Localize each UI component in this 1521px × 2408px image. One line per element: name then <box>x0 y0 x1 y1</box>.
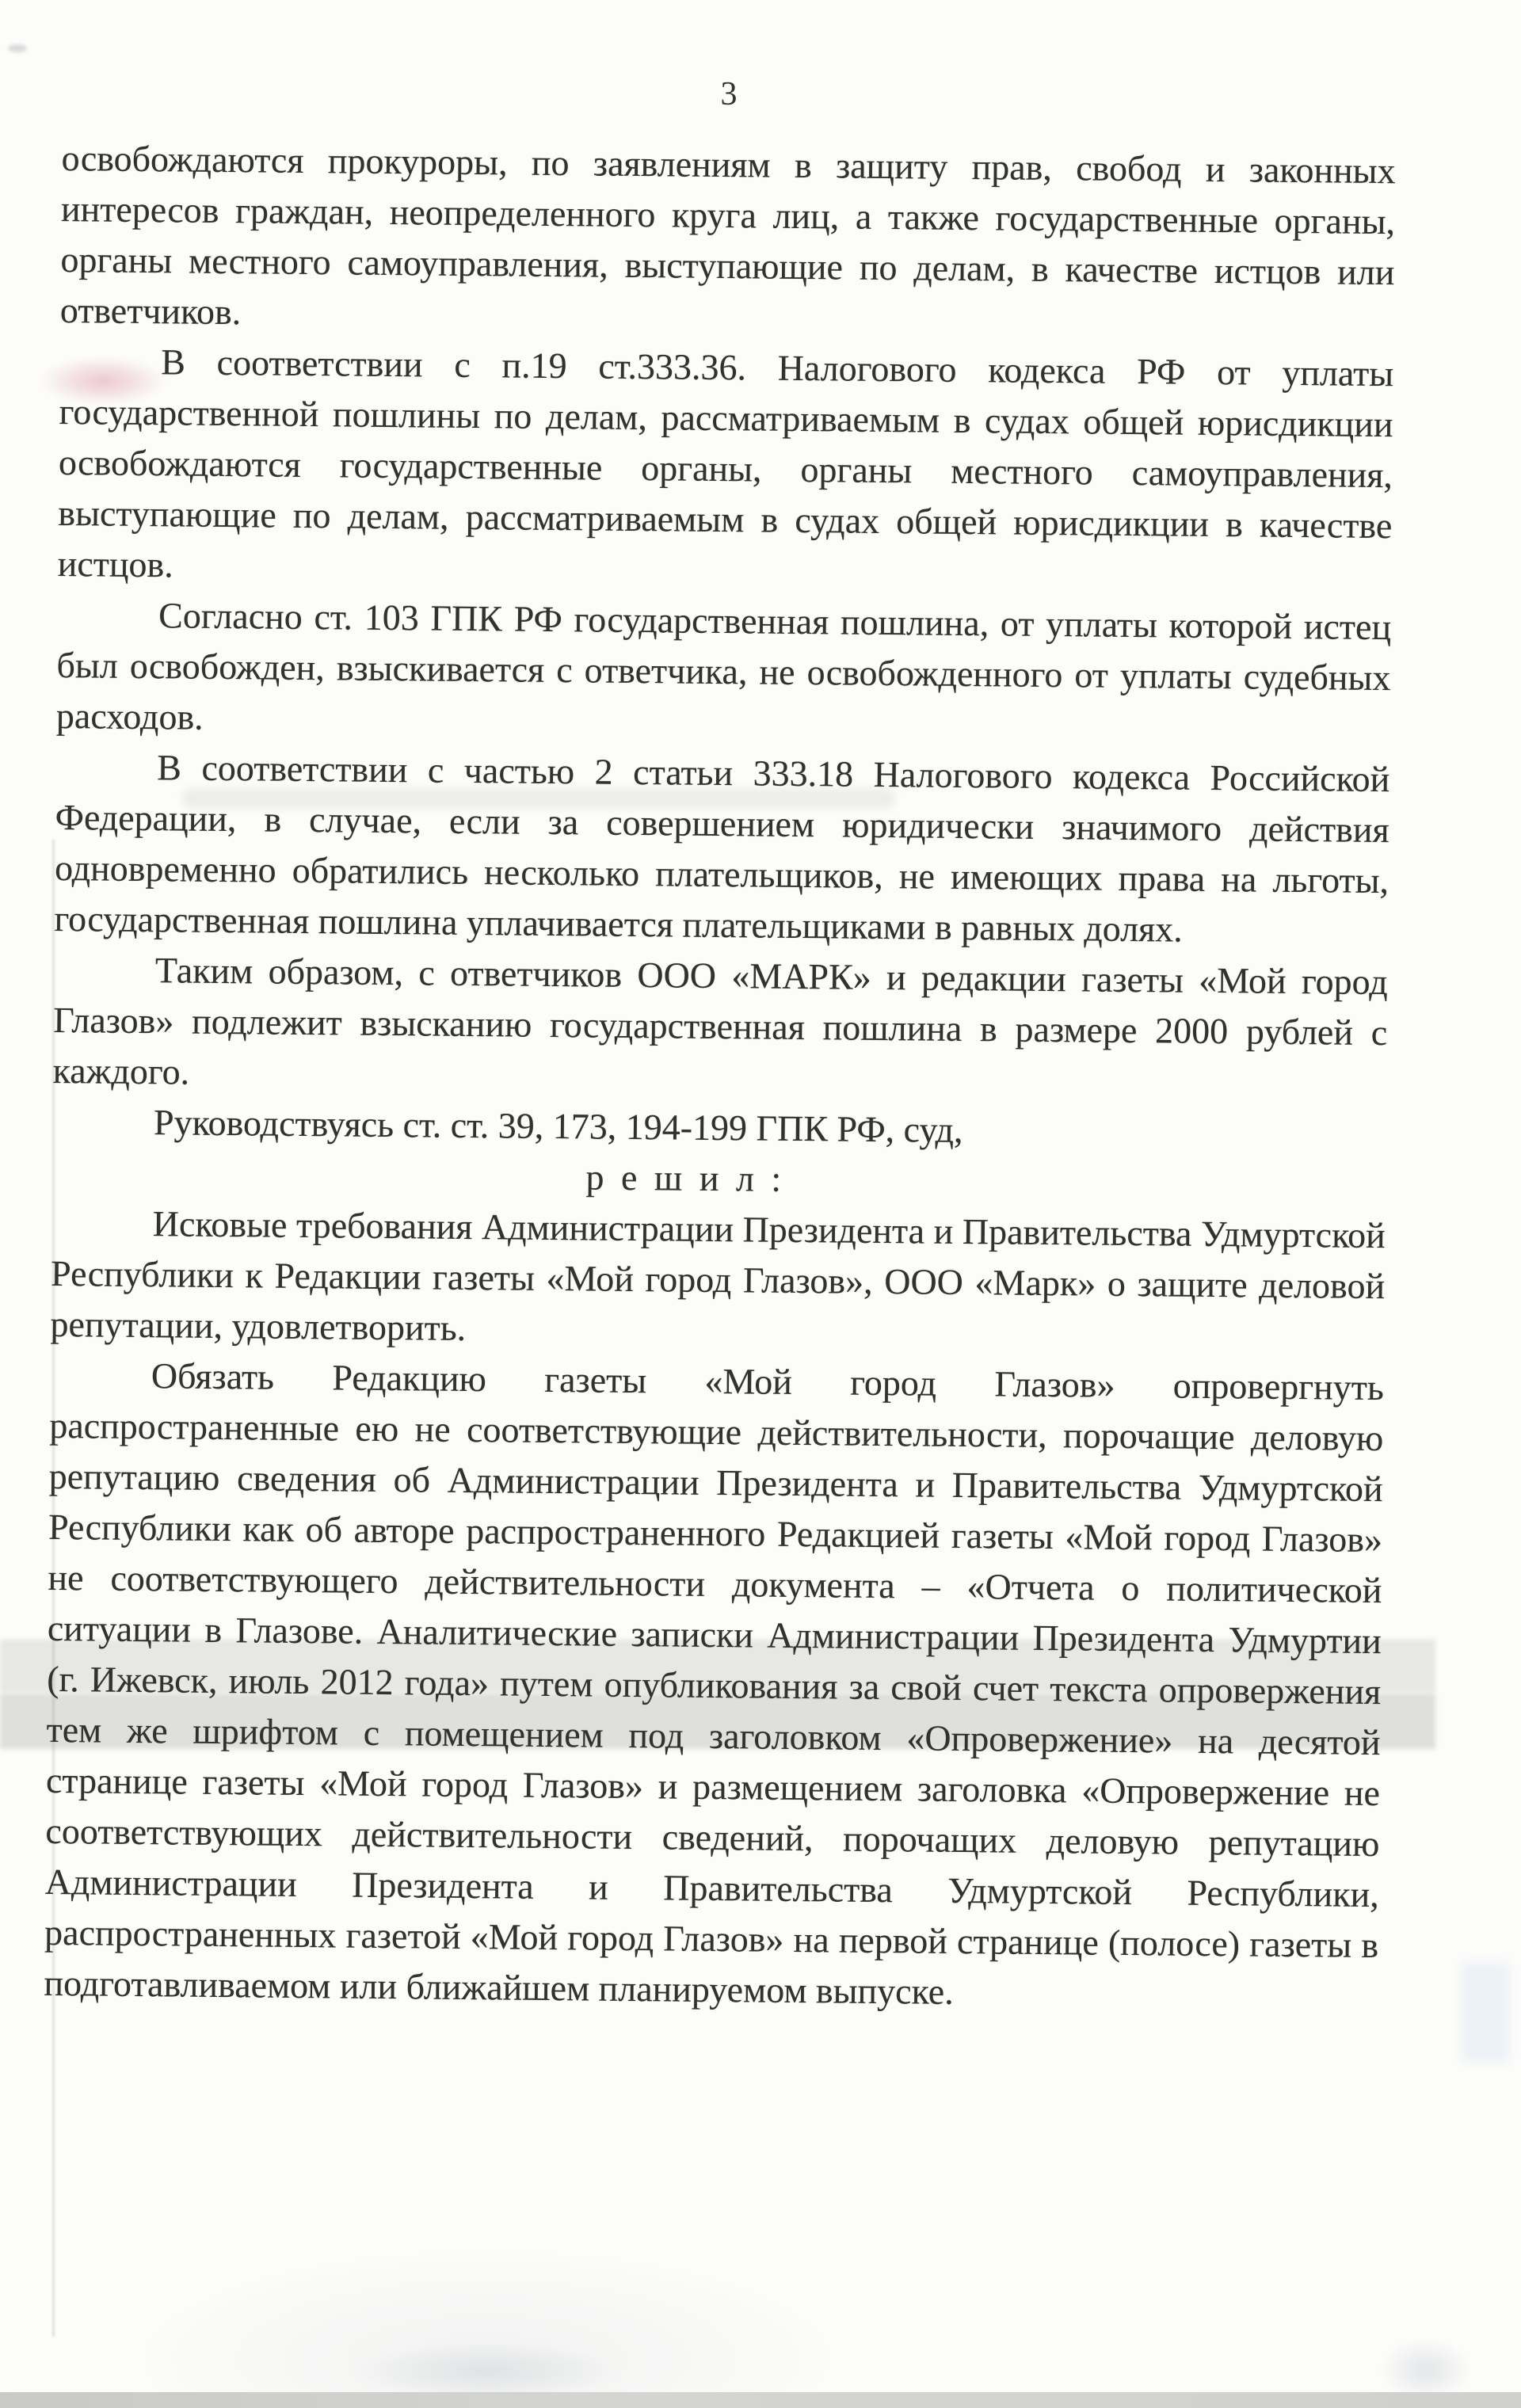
page-number: 3 <box>62 75 1396 113</box>
paragraph: В соответствии с п.19 ст.333.36. Налогов… <box>57 336 1393 602</box>
paragraph-continuation: освобождаются прокуроры, по заявлениям в… <box>60 133 1396 349</box>
scan-smudge-artifact <box>1380 2338 1471 2402</box>
paragraph: Согласно ст. 103 ГПК РФ государственная … <box>56 589 1392 754</box>
paragraph: Таким образом, с ответчиков ООО «МАРК» и… <box>52 944 1388 1109</box>
paragraph: В соответствии с частью 2 статьи 333.18 … <box>54 741 1389 957</box>
paragraph-ruling: Обязать Редакцию газеты «Мой город Глазо… <box>44 1350 1384 2021</box>
scan-blue-tint-artifact <box>1462 1963 1509 2062</box>
scanned-court-decision-page: 3 освобождаются прокуроры, по заявлениям… <box>0 0 1521 2408</box>
scan-speck-artifact <box>8 44 27 52</box>
scan-edge-strip-artifact <box>0 2392 1521 2408</box>
paragraph-ruling: Исковые требования Администрации Президе… <box>50 1198 1386 1362</box>
scan-smudge-artifact <box>353 2343 622 2400</box>
document-text-block: освобождаются прокуроры, по заявлениям в… <box>44 133 1396 2021</box>
